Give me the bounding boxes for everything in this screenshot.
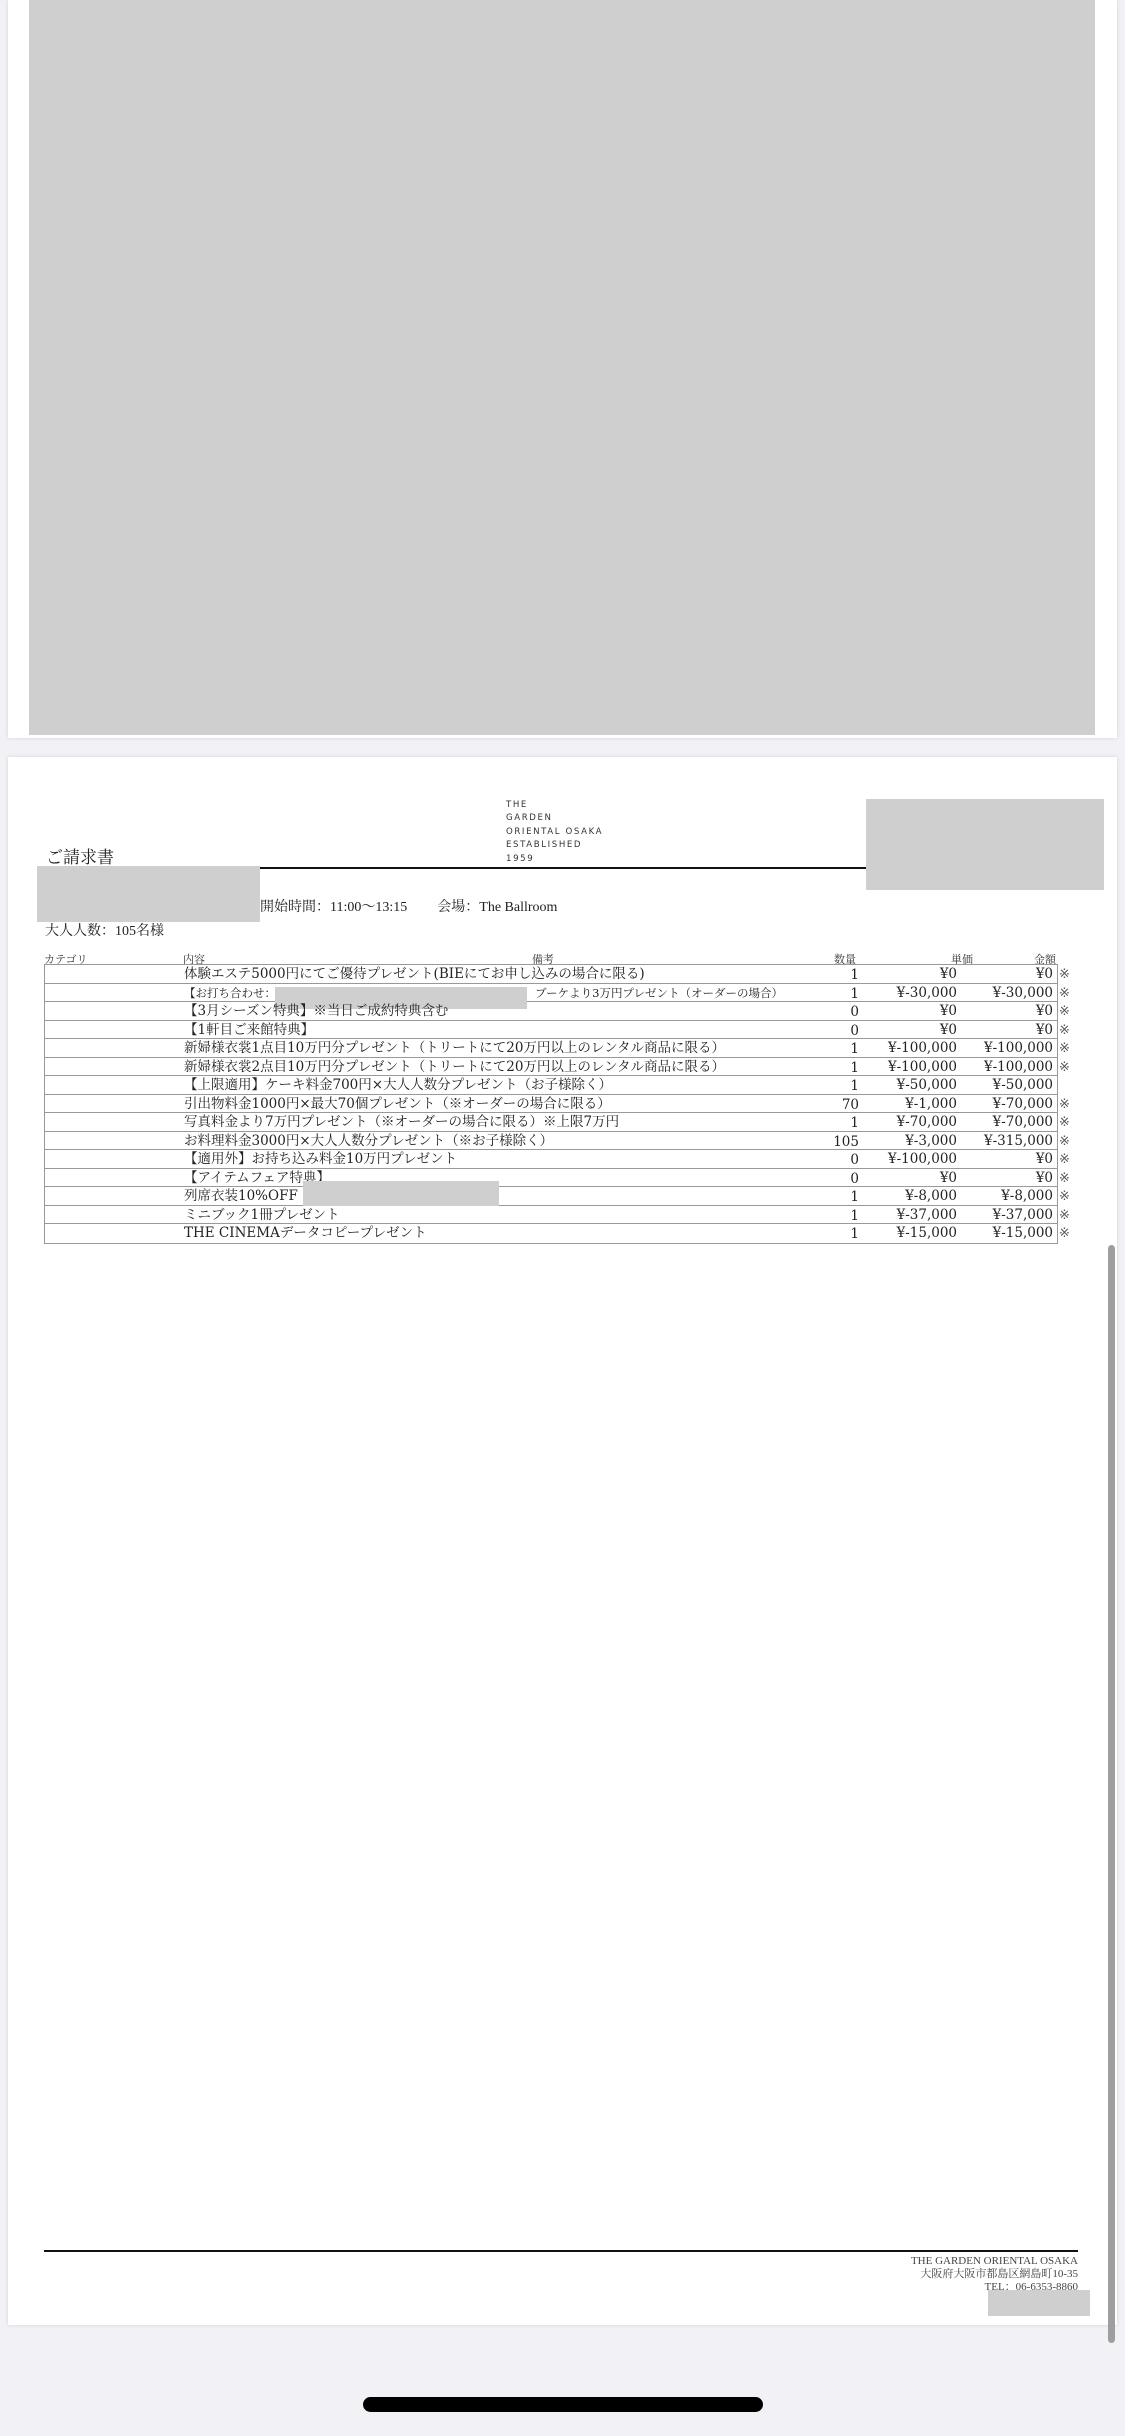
row-unit-price: ¥0 (940, 1003, 957, 1020)
event-info: 開始時間：11:00～13:15会場：The Ballroom (260, 896, 557, 916)
row-unit-price: ¥-37,000 (897, 1207, 957, 1224)
footer-divider (44, 2250, 1078, 2252)
row-unit-price: ¥0 (940, 1170, 957, 1187)
row-unit-price: ¥-100,000 (888, 1151, 957, 1168)
invoice-table: 体験エステ5000円にてご優待プレゼント(BIEにてお申し込みの場合に限る)1¥… (44, 964, 1058, 1244)
logo-line: 1959 (506, 853, 603, 866)
row-unit-price: ¥-30,000 (897, 985, 957, 1002)
hotel-logo: THE GARDEN ORIENTAL OSAKA ESTABLISHED 19… (506, 799, 603, 866)
row-quantity: 0 (850, 1152, 859, 1169)
row-content: 列席衣装10%OFF (184, 1188, 298, 1205)
row-content: 写真料金より7万円プレゼント（※オーダーの場合に限る）※上限7万円 (184, 1114, 619, 1131)
row-unit-price: ¥0 (940, 1022, 957, 1039)
row-content: THE CINEMAデータコピープレゼント (184, 1225, 427, 1242)
row-quantity: 1 (850, 1115, 859, 1132)
row-note-mark: ※ (1059, 1096, 1070, 1113)
row-unit-price: ¥-100,000 (888, 1040, 957, 1057)
row-content: ミニブック1冊プレゼント (184, 1207, 340, 1224)
footer-address: 大阪府大阪市都島区網島町10-35 (911, 2268, 1078, 2281)
row-content: 体験エステ5000円にてご優待プレゼント(BIEにてお申し込みの場合に限る) (184, 966, 645, 983)
row-note-mark: ※ (1059, 1188, 1070, 1205)
row-note-mark: ※ (1059, 1040, 1070, 1057)
row-note-mark: ※ (1059, 1225, 1070, 1242)
table-row: ミニブック1冊プレゼント1¥-37,000¥-37,000※ (45, 1206, 1057, 1225)
row-unit-price: ¥0 (940, 966, 957, 983)
row-unit-price: ¥-100,000 (888, 1059, 957, 1076)
row-unit-price: ¥-15,000 (897, 1225, 957, 1242)
row-unit-price: ¥-70,000 (897, 1114, 957, 1131)
row-content: 【上限適用】ケーキ料金700円×大人人数分プレゼント（お子様除く） (184, 1077, 612, 1094)
redacted-region (988, 2290, 1090, 2316)
table-row: 【お打ち合わせ：ブーケより3万円プレゼント（オーダーの場合）1¥-30,000¥… (45, 984, 1057, 1003)
row-quantity: 0 (850, 1171, 859, 1188)
row-unit-price: ¥-3,000 (905, 1133, 957, 1150)
row-amount: ¥-37,000 (993, 1207, 1053, 1224)
row-content: お料理料金3000円×大人人数分プレゼント（※お子様除く） (184, 1133, 553, 1150)
row-quantity: 1 (850, 986, 859, 1003)
row-quantity: 105 (833, 1134, 859, 1151)
table-header: カテゴリ 内容 備考 数量 単価 金額 (44, 951, 1064, 965)
footer-company: THE GARDEN ORIENTAL OSAKA (911, 2255, 1078, 2268)
row-amount: ¥-315,000 (984, 1133, 1053, 1150)
header-divider (260, 867, 870, 869)
table-row: 引出物料金1000円×最大70個プレゼント（※オーダーの場合に限る）70¥-1,… (45, 1095, 1057, 1114)
row-content: 【3月シーズン特典】※当日ご成約特典含む (184, 1003, 448, 1020)
row-amount: ¥-100,000 (984, 1059, 1053, 1076)
table-row: 【上限適用】ケーキ料金700円×大人人数分プレゼント（お子様除く）1¥-50,0… (45, 1076, 1057, 1095)
row-note-mark: ※ (1059, 1170, 1070, 1187)
table-row: 【3月シーズン特典】※当日ご成約特典含む0¥0¥0※ (45, 1002, 1057, 1021)
row-quantity: 1 (850, 1041, 859, 1058)
row-content: 新婦様衣裳1点目10万円分プレゼント（トリートにて20万円以上のレンタル商品に限… (184, 1040, 725, 1057)
row-amount: ¥-30,000 (993, 985, 1053, 1002)
row-amount: ¥0 (1036, 1151, 1053, 1168)
row-amount: ¥-100,000 (984, 1040, 1053, 1057)
row-quantity: 70 (842, 1097, 859, 1114)
table-row: 【適用外】お持ち込み料金10万円プレゼント0¥-100,000¥0※ (45, 1150, 1057, 1169)
row-remark: ブーケより3万円プレゼント（オーダーの場合） (535, 985, 783, 1002)
row-content: 【適用外】お持ち込み料金10万円プレゼント (184, 1151, 457, 1168)
row-amount: ¥-15,000 (993, 1225, 1053, 1242)
row-note-mark: ※ (1059, 1207, 1070, 1224)
row-quantity: 1 (850, 1078, 859, 1095)
row-content: 新婦様衣裳2点目10万円分プレゼント（トリートにて20万円以上のレンタル商品に限… (184, 1059, 725, 1076)
row-note-mark: ※ (1059, 1114, 1070, 1131)
table-row: 写真料金より7万円プレゼント（※オーダーの場合に限る）※上限7万円1¥-70,0… (45, 1113, 1057, 1132)
row-amount: ¥0 (1036, 1170, 1053, 1187)
home-indicator[interactable] (363, 2397, 763, 2412)
redacted-region (866, 799, 1104, 890)
start-time: 開始時間：11:00～13:15 (260, 900, 407, 915)
scrollbar[interactable] (1108, 1245, 1115, 2343)
row-amount: ¥0 (1036, 1003, 1053, 1020)
row-amount: ¥-8,000 (1001, 1188, 1053, 1205)
table-row: 【1軒目ご来館特典】0¥0¥0※ (45, 1021, 1057, 1040)
row-note-mark: ※ (1059, 1151, 1070, 1168)
table-row: 列席衣装10%OFF1¥-8,000¥-8,000※ (45, 1187, 1057, 1206)
table-row: 【アイテムフェア特典】0¥0¥0※ (45, 1169, 1057, 1188)
logo-line: ORIENTAL OSAKA (506, 826, 603, 839)
row-quantity: 1 (850, 1226, 859, 1243)
row-unit-price: ¥-50,000 (897, 1077, 957, 1094)
table-row: 新婦様衣裳2点目10万円分プレゼント（トリートにて20万円以上のレンタル商品に限… (45, 1058, 1057, 1077)
table-row: THE CINEMAデータコピープレゼント1¥-15,000¥-15,000※ (45, 1224, 1057, 1243)
row-note-mark: ※ (1059, 1022, 1070, 1039)
row-quantity: 0 (850, 1023, 859, 1040)
row-unit-price: ¥-1,000 (905, 1096, 957, 1113)
row-quantity: 1 (850, 1189, 859, 1206)
guest-count: 大人人数：105名様 (45, 920, 164, 940)
footer-contact: THE GARDEN ORIENTAL OSAKA 大阪府大阪市都島区網島町10… (911, 2255, 1078, 2294)
document-title: ご請求書 (46, 843, 114, 868)
row-amount: ¥0 (1036, 1022, 1053, 1039)
redacted-region (29, 0, 1095, 735)
logo-line: THE (506, 799, 603, 812)
row-content: 【1軒目ご来館特典】 (184, 1022, 314, 1039)
row-content: 引出物料金1000円×最大70個プレゼント（※オーダーの場合に限る） (184, 1096, 611, 1113)
row-amount: ¥-70,000 (993, 1096, 1053, 1113)
row-note-mark: ※ (1059, 1003, 1070, 1020)
row-unit-price: ¥-8,000 (905, 1188, 957, 1205)
table-row: 新婦様衣裳1点目10万円分プレゼント（トリートにて20万円以上のレンタル商品に限… (45, 1039, 1057, 1058)
row-amount: ¥-50,000 (993, 1077, 1053, 1094)
row-quantity: 1 (850, 1060, 859, 1077)
row-amount: ¥0 (1036, 966, 1053, 983)
table-row: お料理料金3000円×大人人数分プレゼント（※お子様除く）105¥-3,000¥… (45, 1132, 1057, 1151)
row-note-mark: ※ (1059, 1059, 1070, 1076)
row-content: 【お打ち合わせ： (184, 985, 276, 1002)
row-note-mark: ※ (1059, 966, 1070, 983)
table-row: 体験エステ5000円にてご優待プレゼント(BIEにてお申し込みの場合に限る)1¥… (45, 965, 1057, 984)
row-note-mark: ※ (1059, 1133, 1070, 1150)
row-quantity: 1 (850, 967, 859, 984)
venue: 会場：The Ballroom (437, 900, 557, 915)
row-quantity: 0 (850, 1004, 859, 1021)
row-note-mark: ※ (1059, 985, 1070, 1002)
logo-line: GARDEN (506, 812, 603, 825)
redacted-region (303, 1181, 499, 1206)
redacted-region (37, 866, 260, 922)
row-amount: ¥-70,000 (993, 1114, 1053, 1131)
document-page-1 (8, 0, 1117, 738)
logo-line: ESTABLISHED (506, 839, 603, 852)
row-quantity: 1 (850, 1208, 859, 1225)
document-page-2: THE GARDEN ORIENTAL OSAKA ESTABLISHED 19… (8, 757, 1117, 2325)
